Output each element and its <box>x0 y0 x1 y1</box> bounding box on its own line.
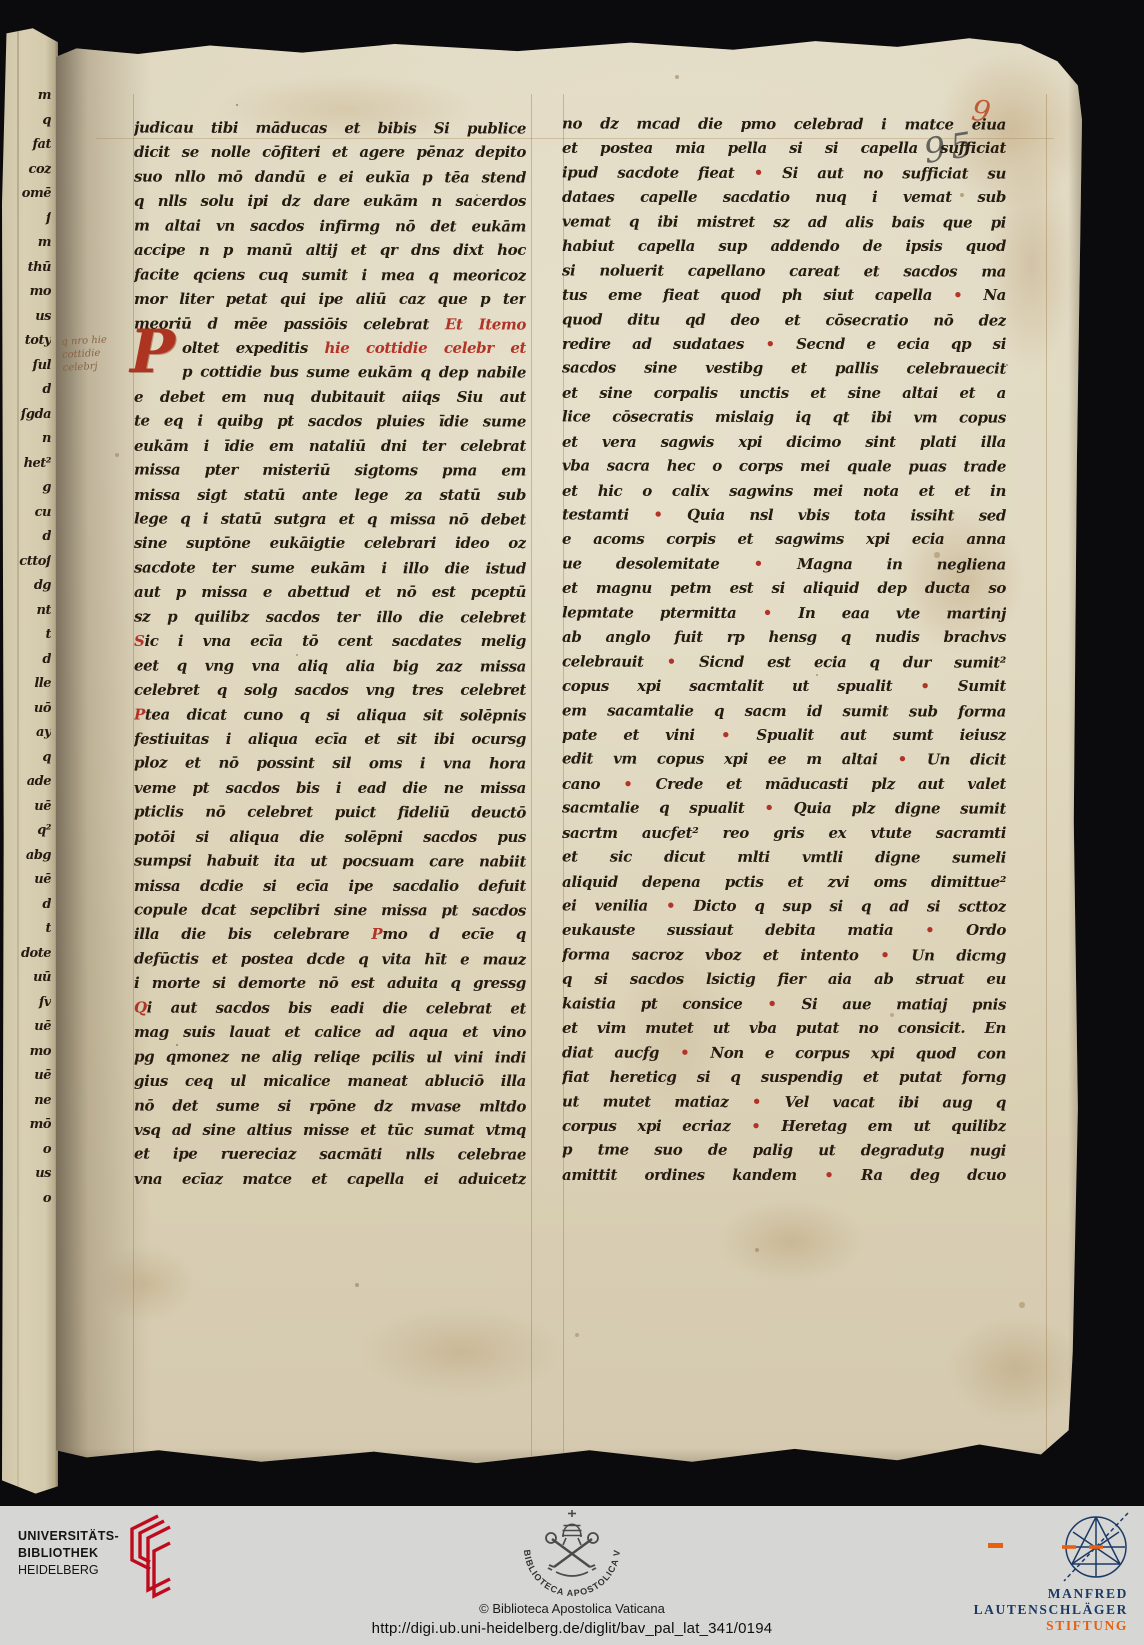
edge-text-fragment: cttoſ <box>2 550 51 575</box>
edge-text-fragment: omē <box>2 182 51 207</box>
edge-text-fragment: dg <box>2 574 51 599</box>
manuscript-line: sumpsi habuit ita ut pocsuam care nabiit <box>134 849 526 874</box>
manuscript-line: lepmtate ptermitta • In eaa vte martinj <box>562 600 1006 626</box>
library-name: UNIVERSITÄTS- BIBLIOTHEK HEIDELBERG <box>18 1528 119 1579</box>
manuscript-line: et postea mia pella si si capella suffic… <box>562 136 1006 160</box>
edge-text-fragment: us <box>2 1162 51 1187</box>
manuscript-line: kaistia pt consice • Si aue matiaj pnis <box>562 991 1006 1017</box>
edge-text-fragment: d <box>2 378 51 403</box>
manuscript-line: illa die bis celebrare Pmo d ecīe q <box>134 922 526 946</box>
manuscript-line: ploz et nō possint sil oms i vna hora <box>134 751 526 776</box>
manuscript-line: oltet expeditis hie cottidie celebr et <box>134 336 526 360</box>
manuscript-line: Ptea dicat cuno q si aliqua sit solēpnis <box>134 702 526 727</box>
manuscript-line: tus eme fieat quod ph siut capella • Na <box>562 283 1006 307</box>
manuscript-line: sacrtm aucfet² reo gris ex vtute sacramt… <box>562 821 1006 845</box>
manuscript-line: corpus xpi ecriaz • Heretag em ut quilib… <box>562 1114 1006 1138</box>
manuscript-line: redire ad sudataes • Secnd e ecia qp si <box>562 332 1006 356</box>
manuscript-line: si noluerit capellano careat et sacdos m… <box>562 258 1006 284</box>
margin-note: q nro hie cottidie celebrj <box>61 332 133 375</box>
edge-text-fragment: het² <box>2 452 51 477</box>
manuscript-line: sacdote ter sume eukām i illo die istud <box>134 555 526 580</box>
edge-text-fragment: dote <box>2 942 51 967</box>
manuscript-line: sacdos sine vestibg et pallis celebrauec… <box>562 356 1006 382</box>
edge-text-fragment: d <box>2 525 51 550</box>
edge-text-fragment: g <box>2 476 51 501</box>
manuscript-line: ipud sacdote fieat • Si aut no sufficiat… <box>562 160 1006 186</box>
edge-text-fragment: q <box>2 109 51 134</box>
page-bottom-edge-shade <box>56 1448 1082 1466</box>
scan-viewport: mqfatcozomēſmthūmoustotyſuldſgdanhet²gcu… <box>0 0 1144 1645</box>
edge-text-fragment: thū <box>2 256 51 281</box>
vatican-seal-ring-text: BIBLIOTECA APOSTOLICA VATICANA <box>506 1508 622 1598</box>
copyright-text: © Biblioteca Apostolica Vaticana <box>372 1601 772 1616</box>
manuscript-line: cano • Crede et māducasti plz aut valet <box>562 772 1006 796</box>
edge-text-fragment: q² <box>2 819 51 844</box>
manuscript-line: lice cōsecratis mislaig iq qt ibi vm cop… <box>562 405 1006 431</box>
foundation-name: MANFRED LAUTENSCHLÄGER STIFTUNG <box>928 1586 1128 1634</box>
manuscript-line: et vim mutet ut vba putat no consicit. E… <box>562 1016 1006 1040</box>
manuscript-line: sine suptōne eukāigtie celebrari ideo oz <box>134 531 526 555</box>
edge-text-fragment: ade <box>2 770 51 795</box>
manuscript-line: et sic dicut mlti vmtli digne sumeli <box>562 845 1006 871</box>
edge-text-fragment: d <box>2 893 51 918</box>
manuscript-line: eet q vng vna aliq alia big zaz missa <box>134 653 526 678</box>
manuscript-line: vna ecīaz matce et capella ei aduicetz <box>134 1167 526 1191</box>
manuscript-line: aliquid depena pctis et zvi oms dimittue… <box>562 870 1006 894</box>
edge-text-fragment: ſv <box>2 991 51 1016</box>
manuscript-line: e debet em nuq dubitauit aiiqs Siu aut <box>134 385 526 409</box>
manuscript-line: vsq ad sine altius misse et tūc sumat vt… <box>134 1118 526 1142</box>
manuscript-line: p cottidie bus sume eukām q dep nabile <box>134 360 526 385</box>
edge-text-fragment: ſgda <box>2 403 51 428</box>
previous-page-edge: mqfatcozomēſmthūmoustotyſuldſgdanhet²gcu… <box>2 26 58 1498</box>
text-column-1: judicau tibi māducas et bibis Si publice… <box>134 116 526 1191</box>
manuscript-line: mag suis lauat et calice ad aqua et vino <box>134 1020 526 1044</box>
edge-text-fragment: uē <box>2 795 51 820</box>
manuscript-line: pticlis nō celebret puict fideliū deuctō <box>134 800 526 825</box>
manuscript-line: celebrauit • Sicnd est ecia q dur sumit² <box>562 649 1006 675</box>
manuscript-line: judicau tibi māducas et bibis Si publice <box>134 115 526 140</box>
manuscript-line: suo nllo mō dandū e ei eukīa p tēa stend <box>134 164 526 189</box>
manuscript-line: accipe n p manū altij et qr dns dixt hoc <box>134 238 526 262</box>
manuscript-line: missa dcdie si ecīa ipe sacdalio defuit <box>134 874 526 898</box>
manuscript-line: e acoms corpis et sagwims xpi ecia anna <box>562 527 1006 551</box>
edge-text-fragment: ne <box>2 1089 51 1114</box>
edge-text-fragment: uē <box>2 1015 51 1040</box>
edge-text-fragment: m <box>2 84 51 109</box>
manuscript-line: copule dcat sepclibri sine missa pt sacd… <box>134 897 526 922</box>
manuscript-line: forma sacroz vboz et intento • Un dicmg <box>562 942 1006 968</box>
manuscript-line: sz p quilibz sacdos ter illo die celebre… <box>134 604 526 629</box>
manuscript-line: mor liter petat qui ipe aliū caz que p t… <box>134 287 526 311</box>
manuscript-line: missa sigt statū ante lege za statū sub <box>134 483 526 507</box>
edge-text-fragment: mo <box>2 280 51 305</box>
manuscript-line: vba sacra hec o corps mei quale puas tra… <box>562 454 1006 480</box>
manuscript-line: celebret q solg sacdos vng tres celebret <box>134 678 526 702</box>
edge-text-fragment: mō <box>2 1113 51 1138</box>
edge-text-fragment: uē <box>2 868 51 893</box>
manuscript-line: ab anglo fuit rp hensg q nudis brachvs <box>562 625 1006 649</box>
manuscript-line: i morte si demorte nō est aduita q gress… <box>134 971 526 995</box>
manuscript-line: et magnu petm est si aliquid dep ducta s… <box>562 576 1006 600</box>
manuscript-line: pate et vini • Spualit aut sumt ieiusz <box>562 723 1006 747</box>
edge-text-fragment: us <box>2 305 51 330</box>
manuscript-line: et hic o calix sagwins mei nota et et in <box>562 479 1006 503</box>
manuscript-line: diat aucfg • Non e corpus xpi quod con <box>562 1040 1006 1066</box>
manuscript-line: copus xpi sacmtalit ut spualit • Sumit <box>562 674 1006 698</box>
edge-text-fragment: abg <box>2 844 51 869</box>
edge-text-fragment: nt <box>2 599 51 624</box>
library-logo-icon <box>114 1512 178 1608</box>
manuscript-line: ue desolemitate • Magna in negliena <box>562 551 1006 577</box>
edge-text-fragment: o <box>2 1187 51 1212</box>
manuscript-line: edit vm copus xpi ee m altai • Un dicit <box>562 747 1006 773</box>
manuscript-line: et vera sagwis xpi dicimo sint plati ill… <box>562 430 1006 454</box>
edge-text-fragment: lle <box>2 672 51 697</box>
manuscript-line: q si sacdos lsictig fier aia ab struat e… <box>562 967 1006 991</box>
previous-page-text-fragments: mqfatcozomēſmthūmoustotyſuldſgdanhet²gcu… <box>2 84 51 1211</box>
edge-text-fragment: uō <box>2 697 51 722</box>
edge-text-fragment: cu <box>2 501 51 526</box>
edge-text-fragment: q <box>2 746 51 771</box>
manuscript-line: nō det sume si rpōne dz mvase mltdo <box>134 1093 526 1118</box>
manuscript-line: et sine corpalis unctis et sine altai et… <box>562 381 1006 405</box>
svg-text:BIBLIOTECA APOSTOLICA VATICANA: BIBLIOTECA APOSTOLICA VATICANA <box>506 1508 622 1598</box>
manuscript-line: fiat hereticg si q suspendig et putat fo… <box>562 1065 1006 1089</box>
text-column-2: no dz mcad die pmo celebrad i matce eiua… <box>562 112 1006 1187</box>
manuscript-line: quod ditu qd deo et cōsecratio nō dez <box>562 307 1006 333</box>
manuscript-line: p tme suo de palig ut degradutg nugi <box>562 1138 1006 1164</box>
manuscript-line: sacmtalie q spualit • Quia plz digne sum… <box>562 796 1006 822</box>
manuscript-line: eukām i īdie em nataliū dni ter celebrat <box>134 434 526 458</box>
manuscript-line: habiut capella sup addendo de ipsis quod <box>562 234 1006 258</box>
edge-text-fragment: coz <box>2 158 51 183</box>
edge-text-fragment: t <box>2 917 51 942</box>
edge-text-fragment: t <box>2 623 51 648</box>
manuscript-line: pg qmonez ne alig reliqe pcilis ul vini … <box>134 1044 526 1069</box>
manuscript-line: defūctis et postea dcde q vita hīt e mau… <box>134 946 526 971</box>
edge-text-fragment: ay <box>2 721 51 746</box>
manuscript-line: missa pter misteriū sigtoms pma em <box>134 458 526 483</box>
manuscript-line: Sic i vna ecīa tō cent sacdates melig <box>134 629 526 653</box>
edge-text-fragment: mo <box>2 1040 51 1065</box>
manuscript-line: potōi si aliqua die solēpni sacdos pus <box>134 825 526 849</box>
edge-text-fragment: o <box>2 1138 51 1163</box>
edge-text-fragment: uū <box>2 966 51 991</box>
manuscript-line: meoriū d mēe passiōis celebrat Et Itemo <box>134 311 526 336</box>
manuscript-line: ut mutet matiaz • Vel vacat ibi aug q <box>562 1089 1006 1115</box>
edge-text-fragment: m <box>2 231 51 256</box>
manuscript-line: veme pt sacdos bis i ead die ne missa <box>134 776 526 800</box>
manuscript-line: ei venilia • Dicto q sup si q ad si sctt… <box>562 893 1006 919</box>
edge-text-fragment: fat <box>2 133 51 158</box>
manuscript-line: te eq i quibg pt sacdos pluies īdie sume <box>134 409 526 434</box>
manuscript-line: festiuitas i aliqua ecīa et sit ibi ocur… <box>134 727 526 751</box>
manuscript-line: dicit se nolle cōfiteri et agere pēnaz d… <box>134 140 526 164</box>
manuscript-line: vemat q ibi mistret sz ad alis bais que … <box>562 209 1006 235</box>
ruling-line <box>1046 94 1047 1456</box>
manuscript-line: aut p missa e abettud et nō est pceptū <box>134 580 526 604</box>
edge-text-fragment: d <box>2 648 51 673</box>
vatican-seal: BIBLIOTECA APOSTOLICA VATICANA <box>472 1508 672 1607</box>
manuscript-line: gius ceq ul micalice maneat abluciō illa <box>134 1069 526 1093</box>
manuscript-line: facite qciens cuq sumit i mea q meoricoz <box>134 262 526 287</box>
manuscript-line: et ipe ruereciaz sacmāti nlls celebrae <box>134 1142 526 1167</box>
edge-text-fragment: n <box>2 427 51 452</box>
vatican-seal-icon: BIBLIOTECA APOSTOLICA VATICANA <box>506 1508 638 1602</box>
manuscript-line: no dz mcad die pmo celebrad i matce eiua <box>562 111 1006 137</box>
foundation-dash-icon <box>988 1543 1003 1548</box>
manuscript-line: q nlls solu ipi dz dare eukām n sacerdos <box>134 189 526 213</box>
manuscript-line: testamti • Quia nsl vbis tota issiht sed <box>562 502 1006 528</box>
manuscript-page[interactable]: 9 95 q nro hie cottidie celebrj P judica… <box>56 34 1082 1466</box>
manuscript-line: m altai vn sacdos infirmg nō det eukām <box>134 213 526 238</box>
manuscript-line: Qi aut sacdos bis eadi die celebrat et <box>134 995 526 1020</box>
manuscript-line: amittit ordines kandem • Ra deg dcuo <box>562 1163 1006 1187</box>
ruling-line <box>531 94 532 1456</box>
manuscript-line: em sacamtalie q sacm id sumit sub forma <box>562 698 1006 724</box>
edge-text-fragment: uē <box>2 1064 51 1089</box>
manuscript-line: lege q i statū sutgra et q missa nō debe… <box>134 506 526 531</box>
foundation-logo-icon <box>1060 1510 1132 1584</box>
edge-text-fragment: toty <box>2 329 51 354</box>
edge-text-fragment: ſul <box>2 354 51 379</box>
manuscript-line: eukauste sussiaut debita matia • Ordo <box>562 918 1006 942</box>
footer-bar: UNIVERSITÄTS- BIBLIOTHEK HEIDELBERG <box>0 1506 1144 1645</box>
manuscript-line: dataes capelle sacdatio nuq i vemat sub <box>562 185 1006 209</box>
edge-text-fragment: ſ <box>2 207 51 232</box>
page-right-edge-shade <box>1068 34 1082 1466</box>
